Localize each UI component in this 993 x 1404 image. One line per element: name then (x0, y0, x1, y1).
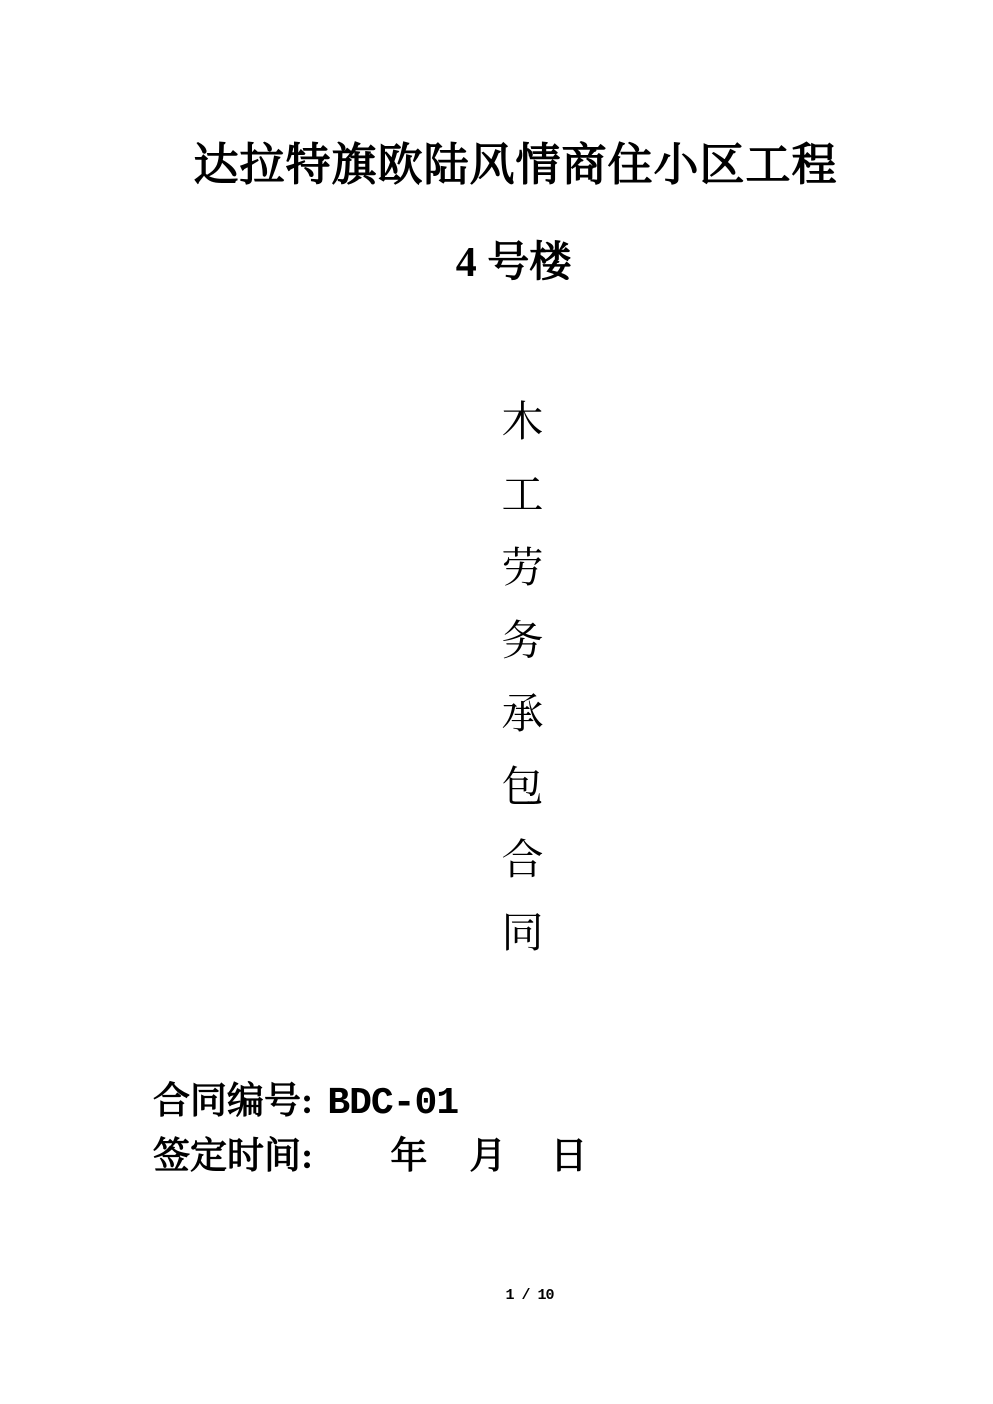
year-label: 年 (390, 1136, 427, 1177)
vertical-title-char: 同 (26, 898, 993, 971)
project-title: 达拉特旗欧陆风情商住小区工程 (19, 137, 993, 193)
month-label: 月 (469, 1136, 506, 1177)
signing-date-line: 签定时间:年月日 (153, 1130, 587, 1183)
vertical-title-char: 合 (26, 825, 993, 898)
signing-date-label: 签定时间: (153, 1136, 313, 1177)
vertical-title-char: 劳 (26, 533, 993, 606)
vertical-title-char: 包 (26, 752, 993, 825)
vertical-contract-title: 木 工 劳 务 承 包 合 同 (26, 387, 993, 971)
vertical-title-char: 工 (26, 460, 993, 533)
day-label: 日 (550, 1136, 587, 1177)
vertical-title-char: 承 (26, 679, 993, 752)
contract-meta-block: 合同编号:BDC-01 签定时间:年月日 (153, 1075, 587, 1183)
contract-number-label: 合同编号: (153, 1081, 313, 1122)
vertical-title-char: 木 (26, 387, 993, 460)
page-number: 1 / 10 (33, 1287, 993, 1304)
vertical-title-char: 务 (26, 606, 993, 679)
document-page: 达拉特旗欧陆风情商住小区工程 4 号楼 木 工 劳 务 承 包 合 同 合同编号… (0, 0, 993, 1404)
building-title: 4 号楼 (17, 238, 993, 288)
contract-number-line: 合同编号:BDC-01 (153, 1075, 587, 1130)
contract-number-value: BDC-01 (327, 1082, 458, 1125)
